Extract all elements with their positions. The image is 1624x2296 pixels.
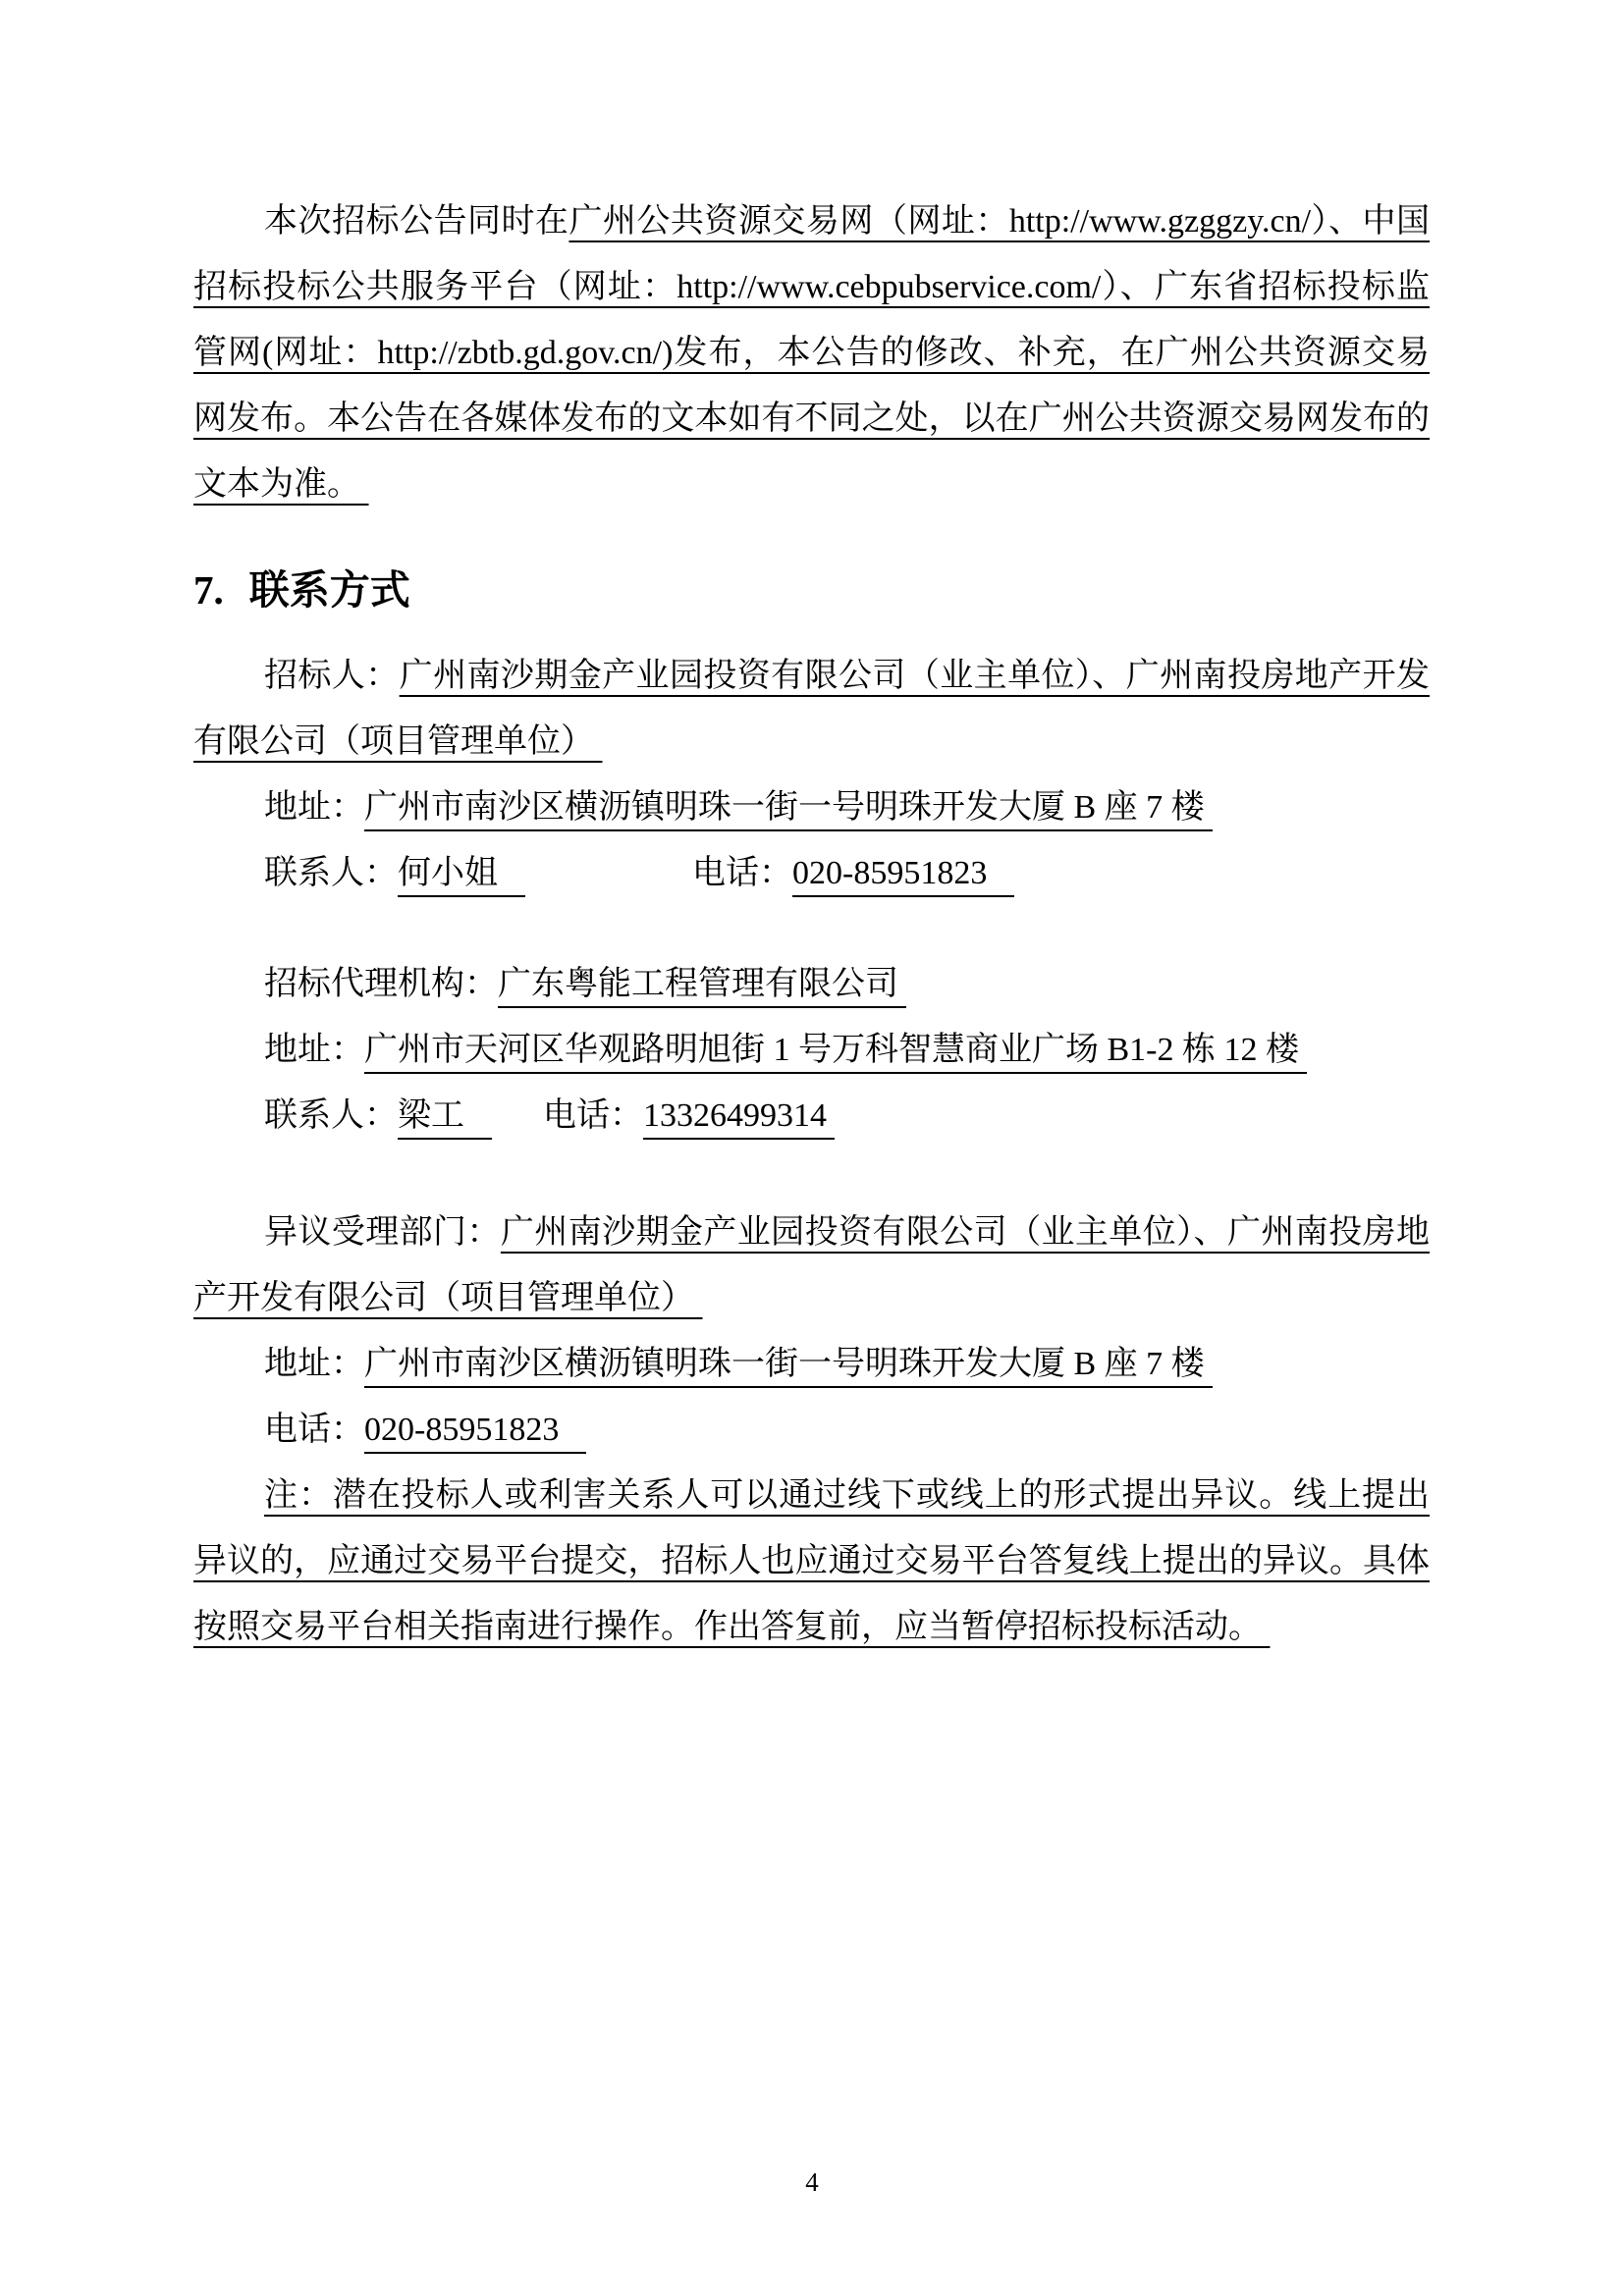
tenderer-contact-label: 联系人： (264, 855, 398, 891)
agency-contact-value: 梁工 (398, 1097, 492, 1140)
objection-label: 异议受理部门： (264, 1214, 501, 1251)
section-number: 7. (193, 567, 224, 613)
objection-address-value: 广州市南沙区横沥镇明珠一街一号明珠开发大厦 B 座 7 楼 (364, 1346, 1213, 1388)
objection-block: 异议受理部门：广州南沙期金产业园投资有限公司（业主单位）、广州南投房地产开发有限… (193, 1200, 1430, 1660)
agency-phone-value: 13326499314 (643, 1097, 835, 1140)
page-number: 4 (0, 2169, 1624, 2196)
agency-address-line: 地址：广州市天河区华观路明旭街 1 号万科智慧商业广场 B1-2 栋 12 楼 (193, 1017, 1430, 1083)
tenderer-paragraph: 招标人：广州南沙期金产业园投资有限公司（业主单位）、广州南投房地产开发有限公司（… (193, 643, 1430, 774)
tenderer-block: 招标人：广州南沙期金产业园投资有限公司（业主单位）、广州南投房地产开发有限公司（… (193, 643, 1430, 906)
tenderer-phone-label: 电话： (692, 855, 792, 891)
agency-label: 招标代理机构： (264, 966, 498, 1002)
document-page: 本次招标公告同时在广州公共资源交易网（网址：http://www.gzggzy.… (0, 0, 1624, 2296)
objection-phone-label: 电话： (264, 1412, 364, 1448)
section-heading: 7.联系方式 (193, 562, 1430, 617)
objection-address-line: 地址：广州市南沙区横沥镇明珠一街一号明珠开发大厦 B 座 7 楼 (193, 1331, 1430, 1397)
tenderer-label: 招标人： (264, 658, 400, 694)
objection-phone-value: 020-85951823 (364, 1412, 586, 1454)
note-text: 注：潜在投标人或利害关系人可以通过线下或线上的形式提出异议。线上提出异议的，应通… (193, 1477, 1430, 1645)
tenderer-contact-value: 何小姐 (398, 855, 525, 897)
intro-paragraph: 本次招标公告同时在广州公共资源交易网（网址：http://www.gzggzy.… (193, 188, 1430, 517)
objection-paragraph: 异议受理部门：广州南沙期金产业园投资有限公司（业主单位）、广州南投房地产开发有限… (193, 1200, 1430, 1331)
agency-block: 招标代理机构：广东粤能工程管理有限公司 地址：广州市天河区华观路明旭街 1 号万… (193, 951, 1430, 1148)
tenderer-address-value: 广州市南沙区横沥镇明珠一街一号明珠开发大厦 B 座 7 楼 (364, 789, 1213, 831)
section-title: 联系方式 (249, 567, 410, 613)
objection-address-label: 地址： (264, 1346, 364, 1382)
tenderer-address-line: 地址：广州市南沙区横沥镇明珠一街一号明珠开发大厦 B 座 7 楼 (193, 774, 1430, 840)
agency-address-label: 地址： (264, 1032, 364, 1068)
agency-contact-line: 联系人：梁工电话：13326499314 (193, 1083, 1430, 1148)
agency-address-value: 广州市天河区华观路明旭街 1 号万科智慧商业广场 B1-2 栋 12 楼 (364, 1032, 1307, 1074)
agency-contact-label: 联系人： (264, 1097, 398, 1134)
intro-prefix: 本次招标公告同时在 (264, 203, 568, 240)
note-paragraph: 注：潜在投标人或利害关系人可以通过线下或线上的形式提出异议。线上提出异议的，应通… (193, 1463, 1430, 1660)
agency-paragraph: 招标代理机构：广东粤能工程管理有限公司 (193, 951, 1430, 1017)
intro-underlined-text: 广州公共资源交易网（网址：http://www.gzggzy.cn/）、中国招标… (193, 203, 1430, 503)
tenderer-phone-value: 020-85951823 (792, 855, 1014, 897)
tenderer-address-label: 地址： (264, 789, 364, 826)
tenderer-contact-line: 联系人：何小姐电话：020-85951823 (193, 840, 1430, 906)
agency-value: 广东粤能工程管理有限公司 (498, 966, 906, 1008)
objection-phone-line: 电话：020-85951823 (193, 1397, 1430, 1463)
agency-phone-label: 电话： (543, 1097, 643, 1134)
